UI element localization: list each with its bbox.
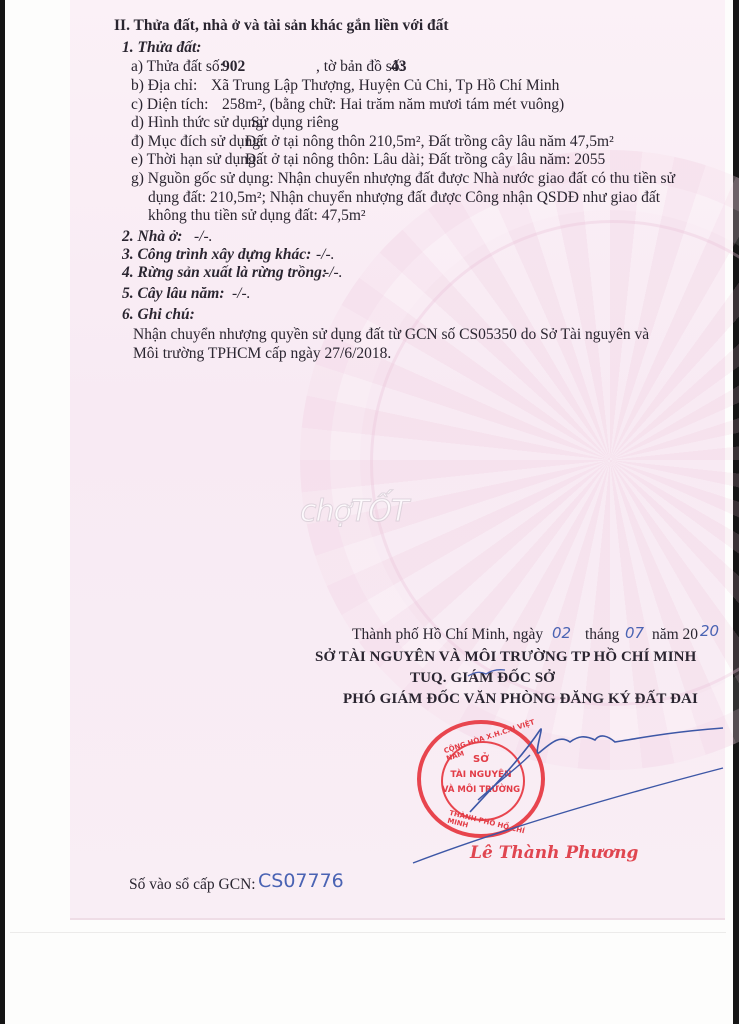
signer-name: Lê Thành Phương [470, 843, 638, 863]
registry-label: Số vào sổ cấp GCN: [129, 876, 256, 894]
handwritten-signature [0, 0, 739, 1024]
certificate-content: II. Thửa đất, nhà ở và tài sản khác gắn … [0, 0, 739, 1024]
registry-number: CS07776 [258, 872, 344, 890]
